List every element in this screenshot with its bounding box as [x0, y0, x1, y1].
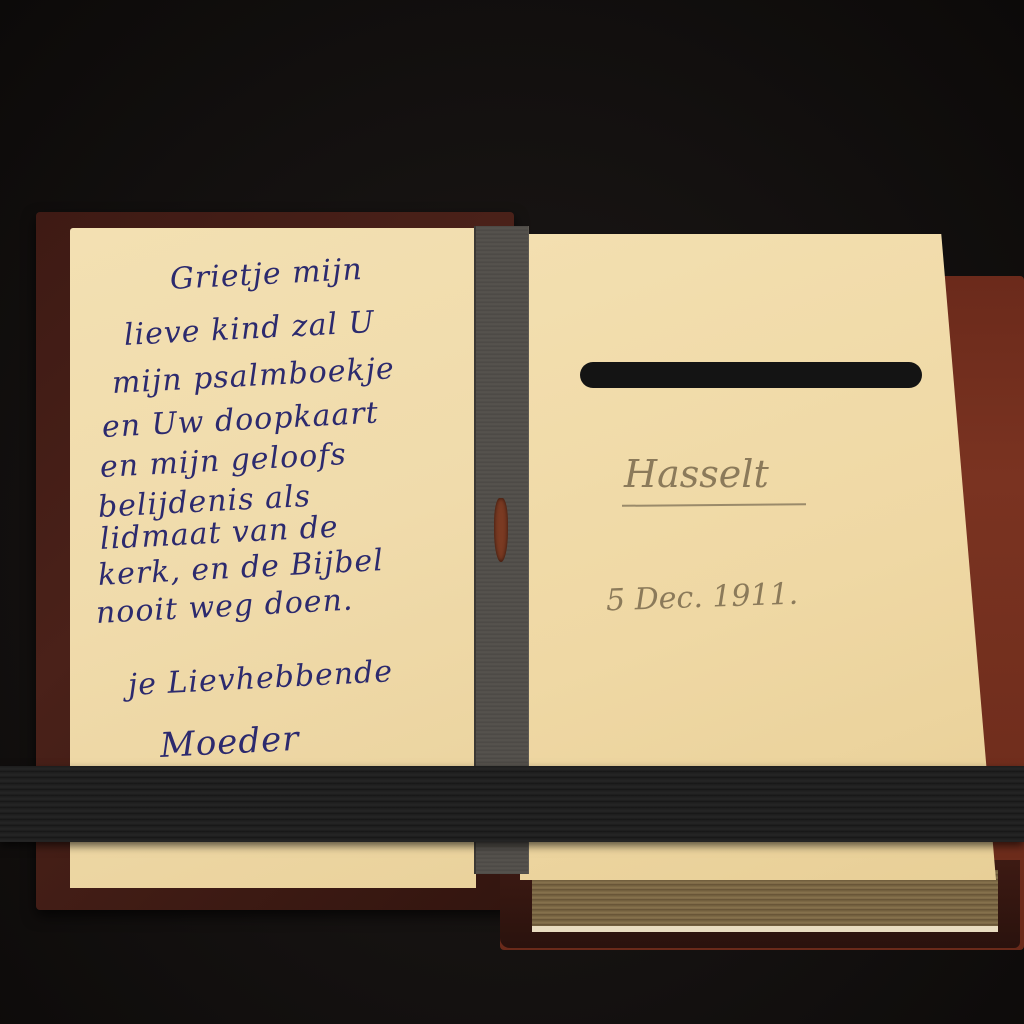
- spine-tear: [494, 498, 508, 562]
- inscription-signature: Moeder: [159, 719, 300, 766]
- redaction-bar: [580, 362, 922, 388]
- place-name: Hasselt: [624, 452, 769, 496]
- elastic-band: [0, 766, 1024, 842]
- date-inscription: 5 Dec. 1911.: [605, 577, 798, 619]
